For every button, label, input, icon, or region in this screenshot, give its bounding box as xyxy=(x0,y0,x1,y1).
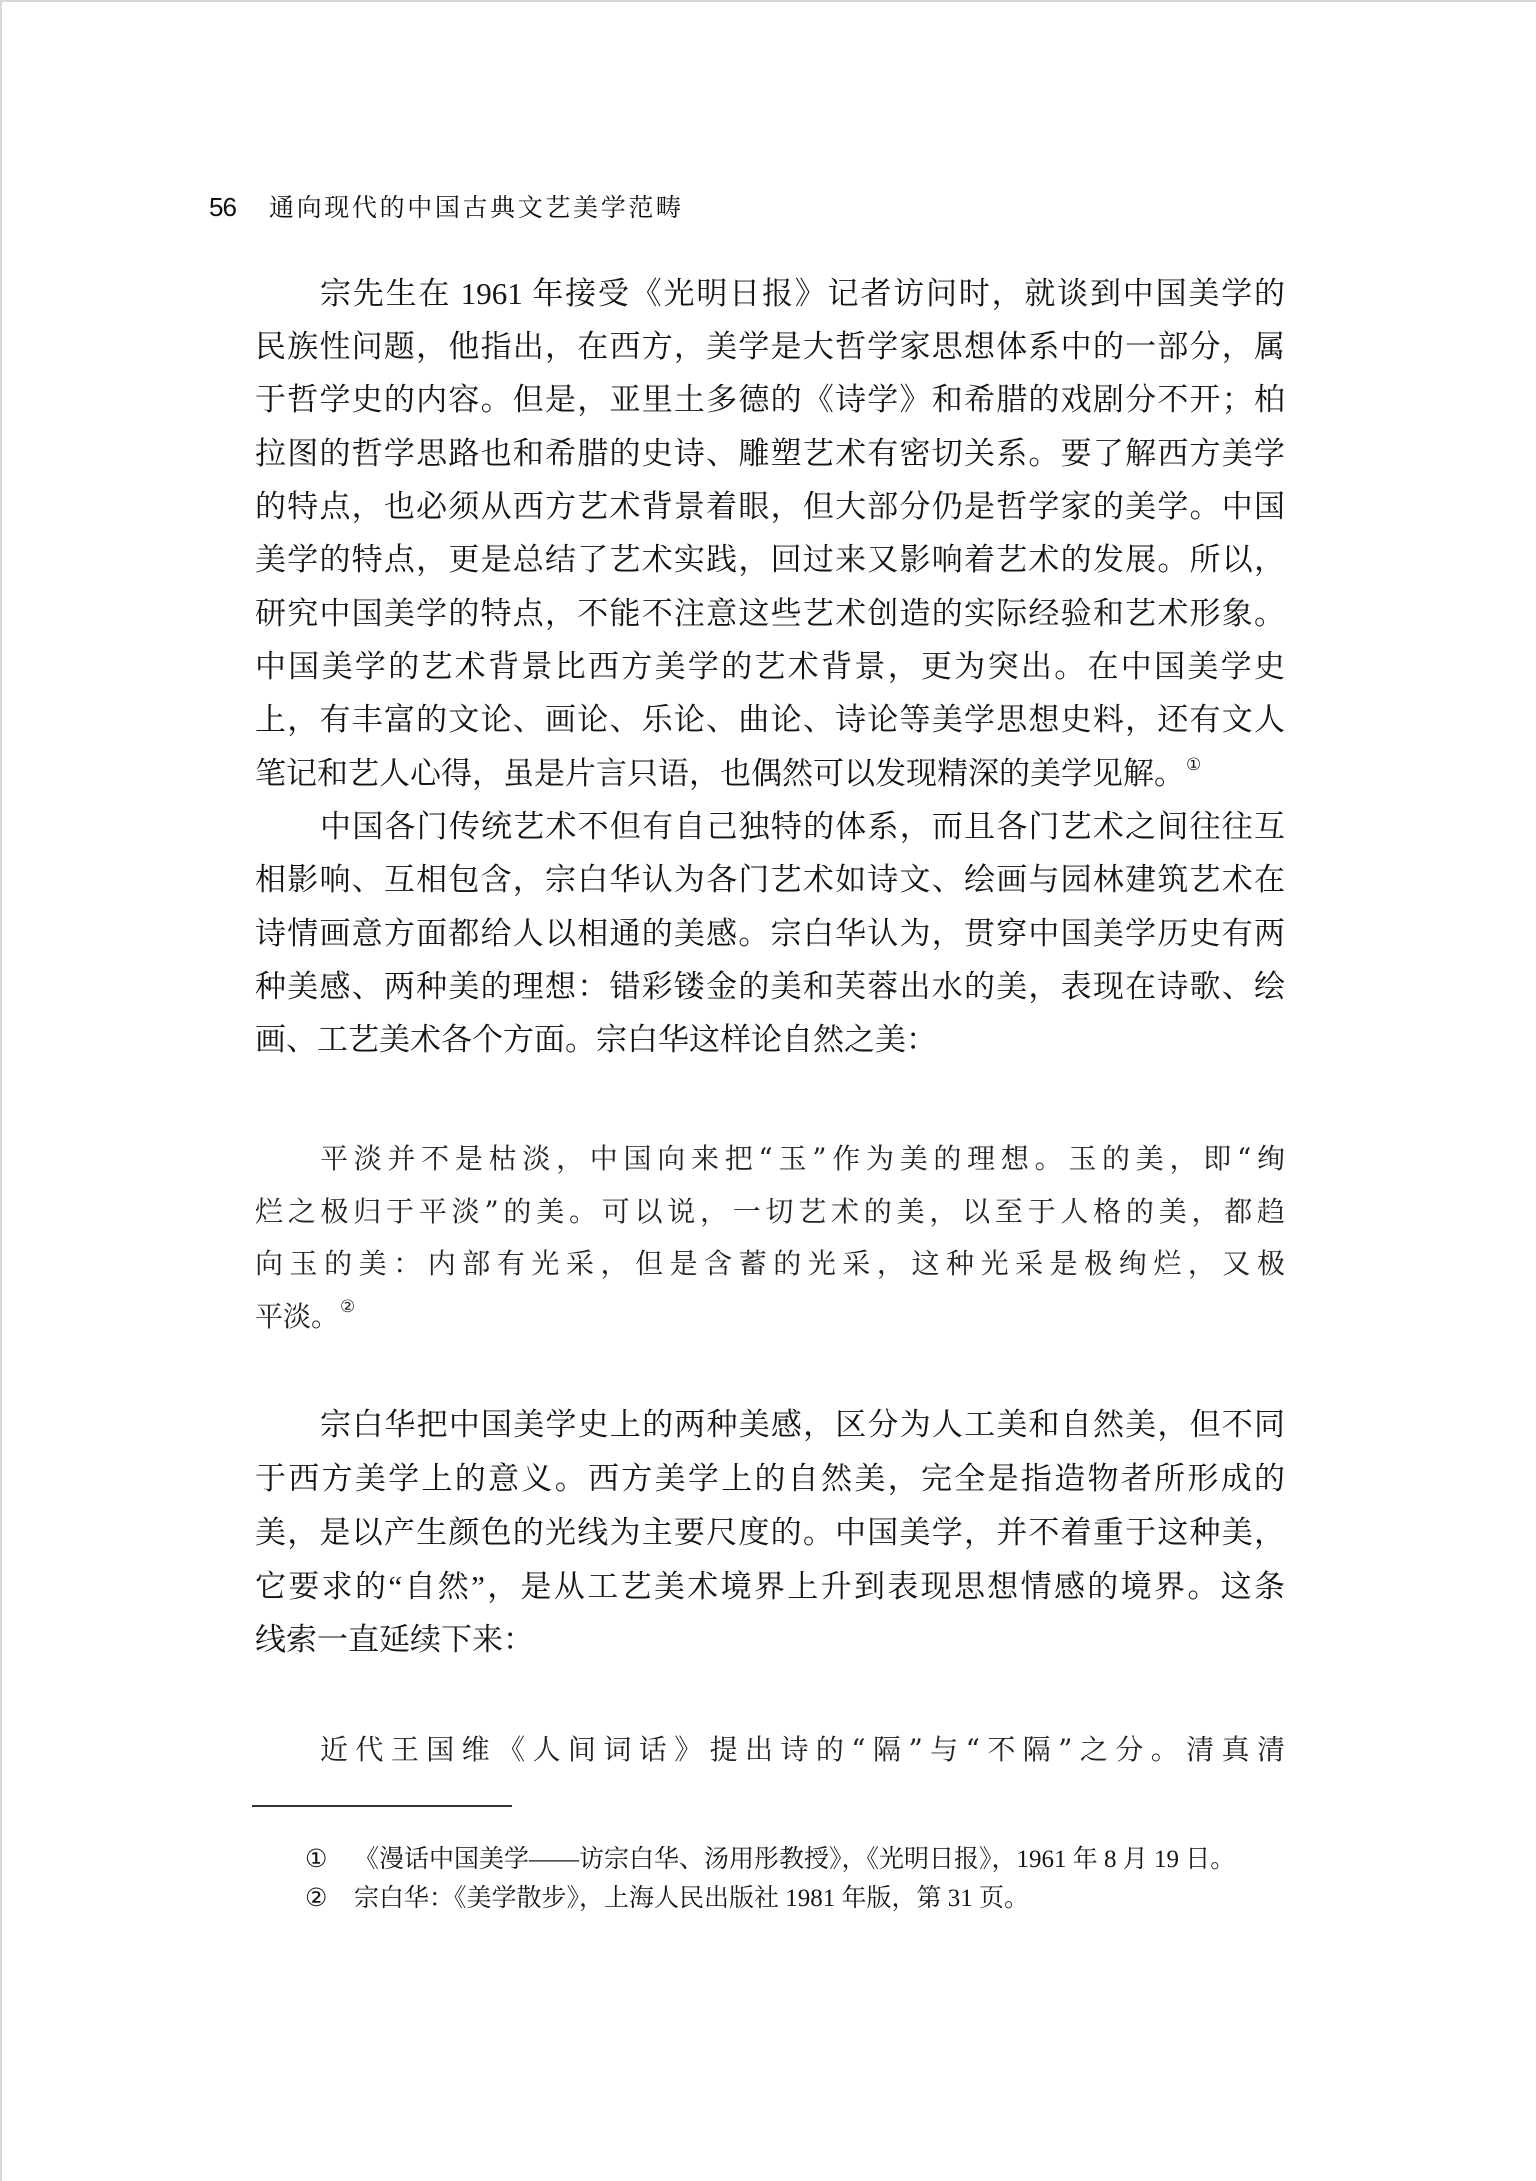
text-line: 于西方美学上的意义。西方美学上的自然美，完全是指造物者所形成的 xyxy=(255,1461,1285,1497)
text-line: 它要求的“自然”，是从工艺美术境界上升到表现思想情感的境界。这条 xyxy=(255,1569,1285,1605)
quote-line: 平淡并不是枯淡，中国向来把“玉”作为美的理想。玉的美，即“绚 xyxy=(320,1141,1285,1177)
footnote-ref-1[interactable]: ① xyxy=(1186,755,1201,774)
footnote-marker: ② xyxy=(305,1884,327,1914)
text-line: 宗先生在 1961 年接受《光明日报》记者访问时，就谈到中国美学的 xyxy=(320,276,1285,312)
quote-line: 近代王国维《人间词话》提出诗的“隔”与“不隔”之分。清真清 xyxy=(320,1732,1285,1768)
text-line: 诗情画意方面都给人以相通的美感。宗白华认为，贯穿中国美学历史有两 xyxy=(255,916,1285,952)
text-line: 中国各门传统艺术不但有自己独特的体系，而且各门艺术之间往往互 xyxy=(320,809,1285,845)
footnote-text: 宗白华：《美学散步》，上海人民出版社 1981 年版，第 31 页。 xyxy=(354,1884,1029,1914)
text-line: 宗白华把中国美学史上的两种美感，区分为人工美和自然美，但不同 xyxy=(320,1407,1285,1443)
text-line: 研究中国美学的特点，不能不注意这些艺术创造的实际经验和艺术形象。 xyxy=(255,596,1285,632)
book-page: 56 通向现代的中国古典文艺美学范畴 宗先生在 1961 年接受《光明日报》记者… xyxy=(0,0,1536,2181)
footnote-2: ② 宗白华：《美学散步》，上海人民出版社 1981 年版，第 31 页。 xyxy=(2,1884,1536,1914)
quote-line-content: 平淡。 xyxy=(255,1300,339,1333)
quote-line: 烂之极归于平淡”的美。可以说，一切艺术的美，以至于人格的美，都趋 xyxy=(255,1194,1285,1230)
quote-line: 向玉的美：内部有光采，但是含蓄的光采，这种光采是极绚烂，又极 xyxy=(255,1246,1285,1282)
text-line: 美学的特点，更是总结了艺术实践，回过来又影响着艺术的发展。所以， xyxy=(255,542,1285,578)
text-line: 相影响、互相包含，宗白华认为各门艺术如诗文、绘画与园林建筑艺术在 xyxy=(255,862,1285,898)
text-line: 的特点，也必须从西方艺术背景着眼，但大部分仍是哲学家的美学。中国 xyxy=(255,489,1285,525)
page-number: 56 xyxy=(209,192,236,222)
text-line: 美，是以产生颜色的光线为主要尺度的。中国美学，并不着重于这种美， xyxy=(255,1515,1285,1551)
footnote-ref-2[interactable]: ② xyxy=(340,1297,355,1317)
text-line-content: 笔记和艺人心得，虽是片言只语，也偶然可以发现精深的美学见解。 xyxy=(255,756,1185,791)
text-line: 民族性问题，他指出，在西方，美学是大哲学家思想体系中的一部分，属 xyxy=(255,329,1285,365)
footnote-marker: ① xyxy=(305,1845,327,1875)
text-line: 画、工艺美术各个方面。宗白华这样论自然之美： xyxy=(255,1022,1285,1058)
footnote-1: ① 《漫话中国美学——访宗白华、汤用彤教授》，《光明日报》，1961 年 8 月… xyxy=(2,1845,1536,1875)
text-line: 线索一直延续下来： xyxy=(255,1622,1285,1658)
text-line: 上，有丰富的文论、画论、乐论、曲论、诗论等美学思想史料，还有文人 xyxy=(255,702,1285,738)
text-line: 中国美学的艺术背景比西方美学的艺术背景，更为突出。在中国美学史 xyxy=(255,649,1285,685)
running-title: 通向现代的中国古典文艺美学范畴 xyxy=(269,193,681,223)
text-line: 拉图的哲学思路也和希腊的史诗、雕塑艺术有密切关系。要了解西方美学 xyxy=(255,436,1285,472)
footnote-text: 《漫话中国美学——访宗白华、汤用彤教授》，《光明日报》，1961 年 8 月 1… xyxy=(354,1845,1235,1875)
text-line: 于哲学史的内容。但是，亚里土多德的《诗学》和希腊的戏剧分不开；柏 xyxy=(255,382,1285,418)
quote-line: 平淡。② xyxy=(255,1299,1285,1335)
text-line: 种美感、两种美的理想：错彩镂金的美和芙蓉出水的美，表现在诗歌、绘 xyxy=(255,969,1285,1005)
text-line: 笔记和艺人心得，虽是片言只语，也偶然可以发现精深的美学见解。① xyxy=(255,756,1285,792)
footnote-divider xyxy=(252,1805,512,1807)
